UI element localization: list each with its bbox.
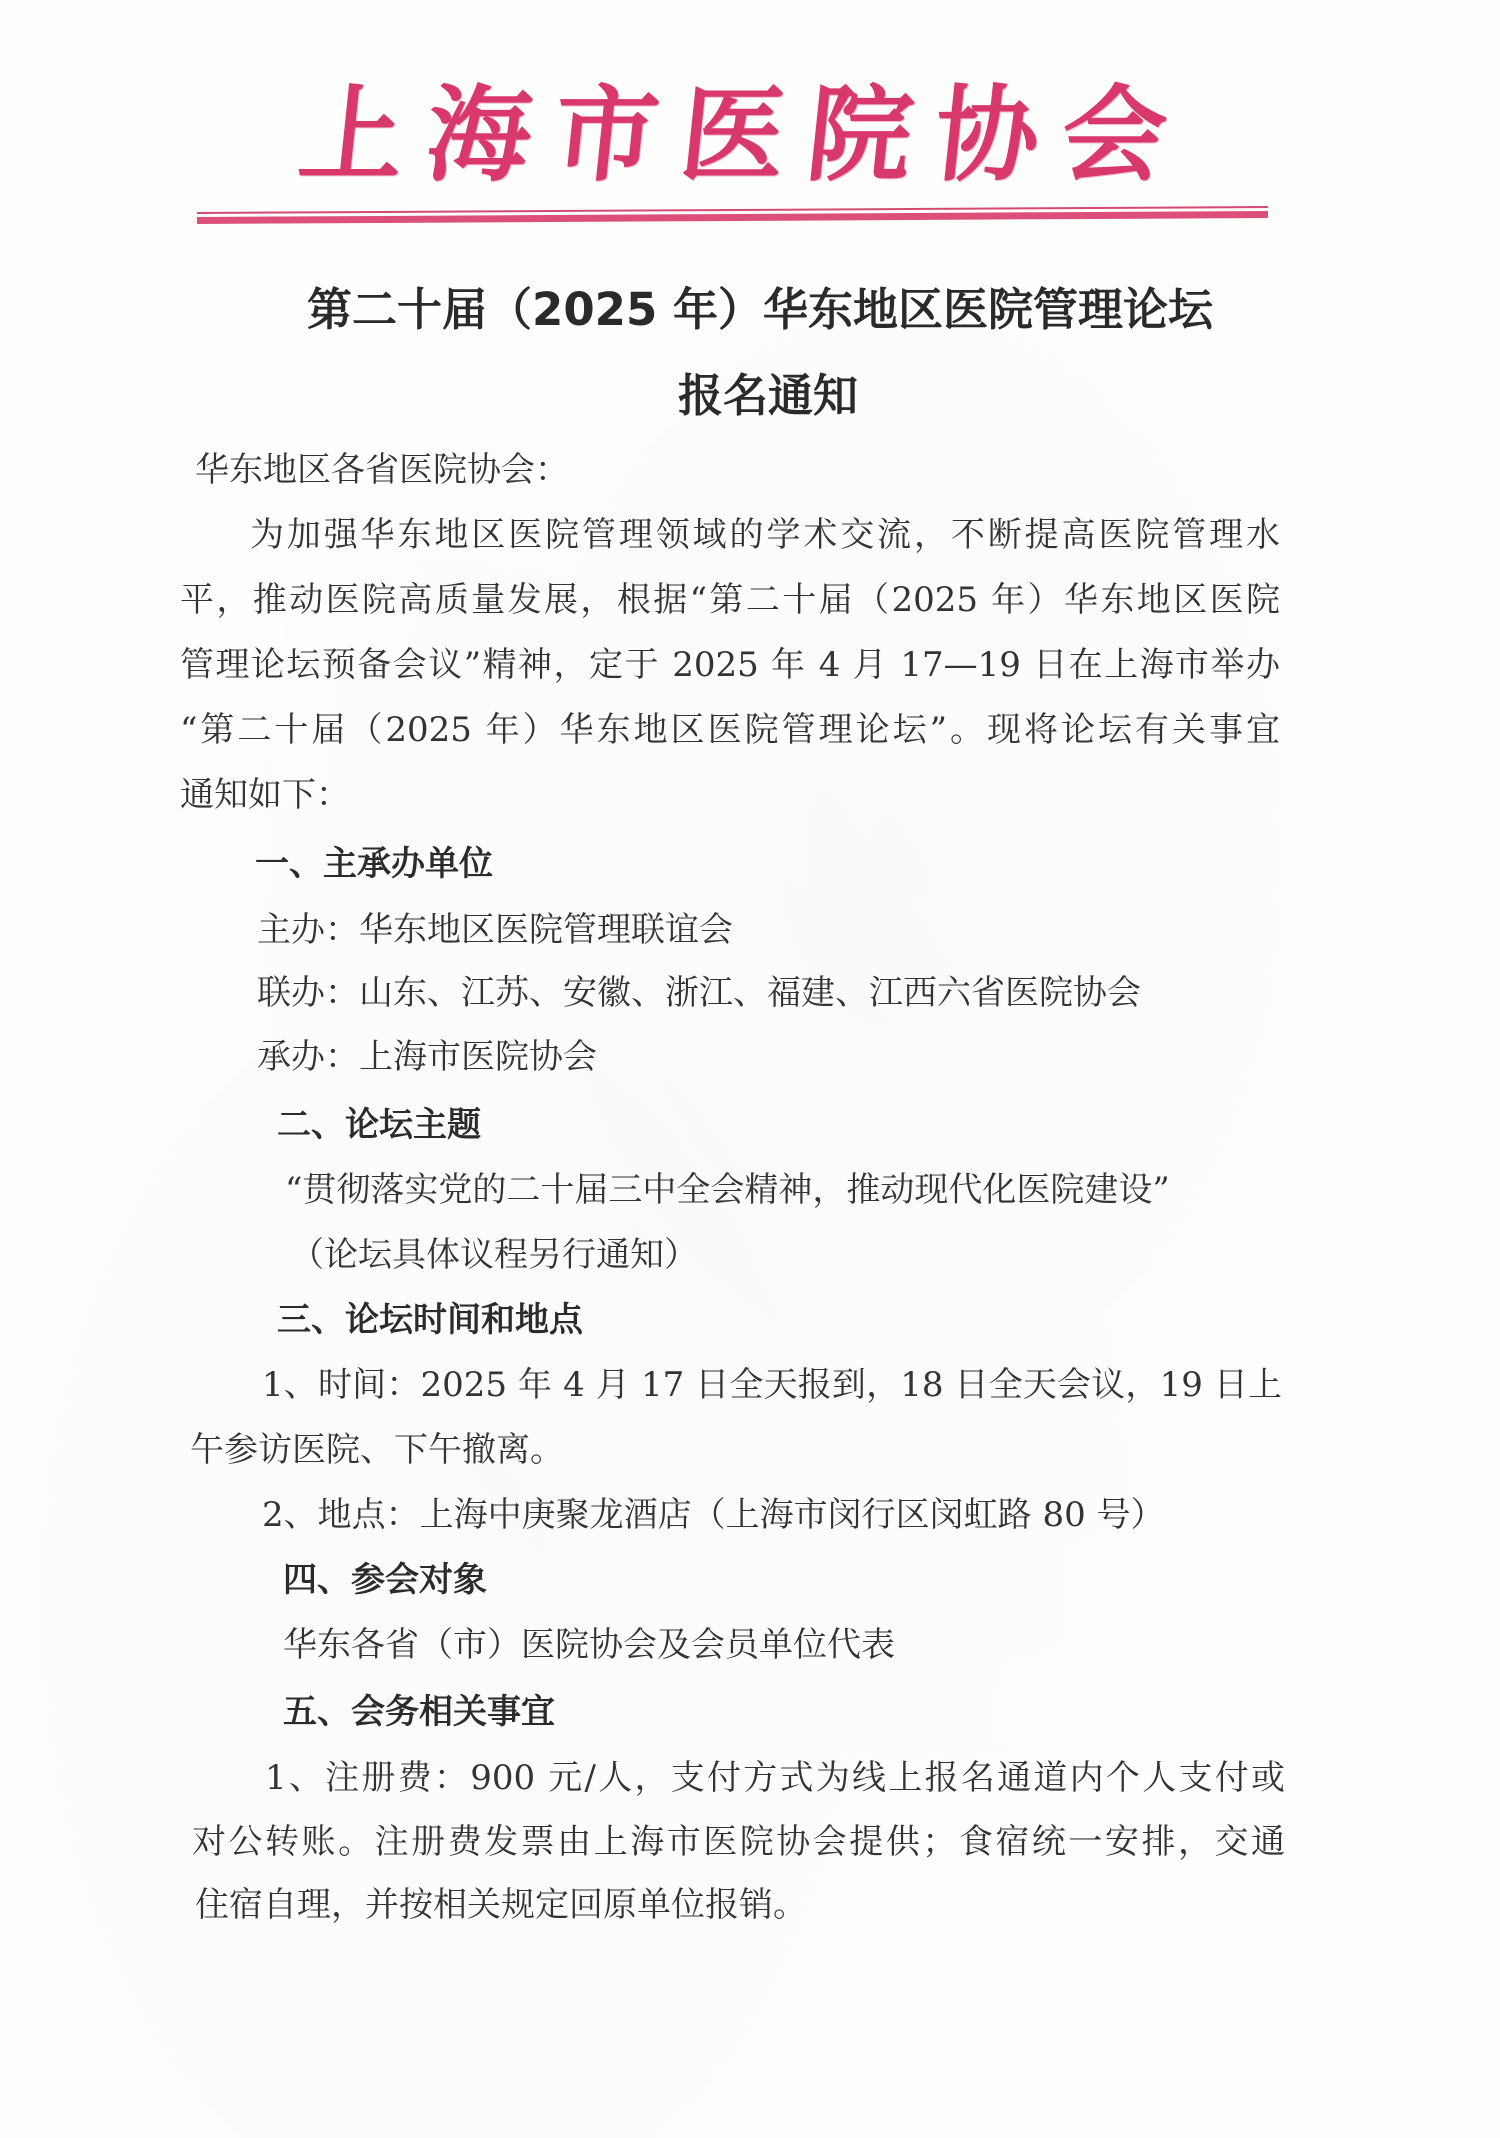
- letterhead-char: 会: [1054, 75, 1175, 195]
- section-heading: 五、会务相关事宜: [283, 1690, 555, 1734]
- section-heading: 三、论坛时间和地点: [277, 1298, 583, 1342]
- document-title: 第二十届（2025 年）华东地区医院管理论坛: [0, 282, 1500, 338]
- fee-line: 1、注册费：900 元/人，支付方式为线上报名通道内个人支付或: [265, 1756, 1285, 1800]
- letterhead-char: 医: [673, 75, 794, 195]
- intro-line: 为加强华东地区医院管理领域的学术交流，不断提高医院管理水: [250, 513, 1280, 557]
- intro-line: 通知如下：: [180, 773, 350, 817]
- forum-theme-note: （论坛具体议程另行通知）: [290, 1233, 698, 1277]
- time-line: 1、时间：2025 年 4 月 17 日全天报到，18 日全天会议，19 日上: [262, 1363, 1282, 1407]
- section-line-co-host: 联办：山东、江苏、安徽、浙江、福建、江西六省医院协会: [257, 971, 1141, 1015]
- letterhead-char: 协: [927, 75, 1048, 195]
- section-line-organizer: 承办：上海市医院协会: [257, 1035, 597, 1079]
- section-heading: 四、参会对象: [283, 1558, 487, 1602]
- document-subtitle: 报名通知: [0, 368, 1500, 424]
- forum-theme: “贯彻落实党的二十届三中全会精神，推动现代化医院建设”: [285, 1168, 1170, 1212]
- intro-line: 管理论坛预备会议”精神，定于 2025 年 4 月 17—19 日在上海市举办: [180, 643, 1280, 687]
- time-line-cont: 午参访医院、下午撤离。: [190, 1428, 564, 1472]
- letterhead-char: 上: [292, 75, 413, 195]
- document-page: 上 海 市 医 院 协 会 第二十届（2025 年）华东地区医院管理论坛 报名通…: [0, 0, 1500, 2138]
- section-heading: 一、主承办单位: [255, 842, 493, 886]
- section-line-host: 主办：华东地区医院管理联谊会: [257, 908, 733, 952]
- attendees-line: 华东各省（市）医院协会及会员单位代表: [283, 1623, 895, 1667]
- intro-line: “第二十届（2025 年）华东地区医院管理论坛”。现将论坛有关事宜: [180, 708, 1280, 752]
- letterhead-char: 院: [800, 75, 921, 195]
- fee-line: 住宿自理，并按相关规定回原单位报销。: [195, 1883, 807, 1927]
- intro-line: 平，推动医院高质量发展，根据“第二十届（2025 年）华东地区医院: [180, 578, 1280, 622]
- letterhead-char: 海: [419, 75, 540, 195]
- salutation: 华东地区各省医院协会：: [195, 448, 569, 492]
- letterhead-org-name: 上 海 市 医 院 协 会: [298, 72, 1168, 197]
- letterhead-char: 市: [546, 75, 667, 195]
- venue-line: 2、地点：上海中庚聚龙酒店（上海市闵行区闵虹路 80 号）: [262, 1493, 1165, 1537]
- fee-line: 对公转账。注册费发票由上海市医院协会提供；食宿统一安排，交通: [192, 1820, 1285, 1864]
- section-heading: 二、论坛主题: [277, 1103, 481, 1147]
- letterhead-red-rule: [197, 206, 1268, 226]
